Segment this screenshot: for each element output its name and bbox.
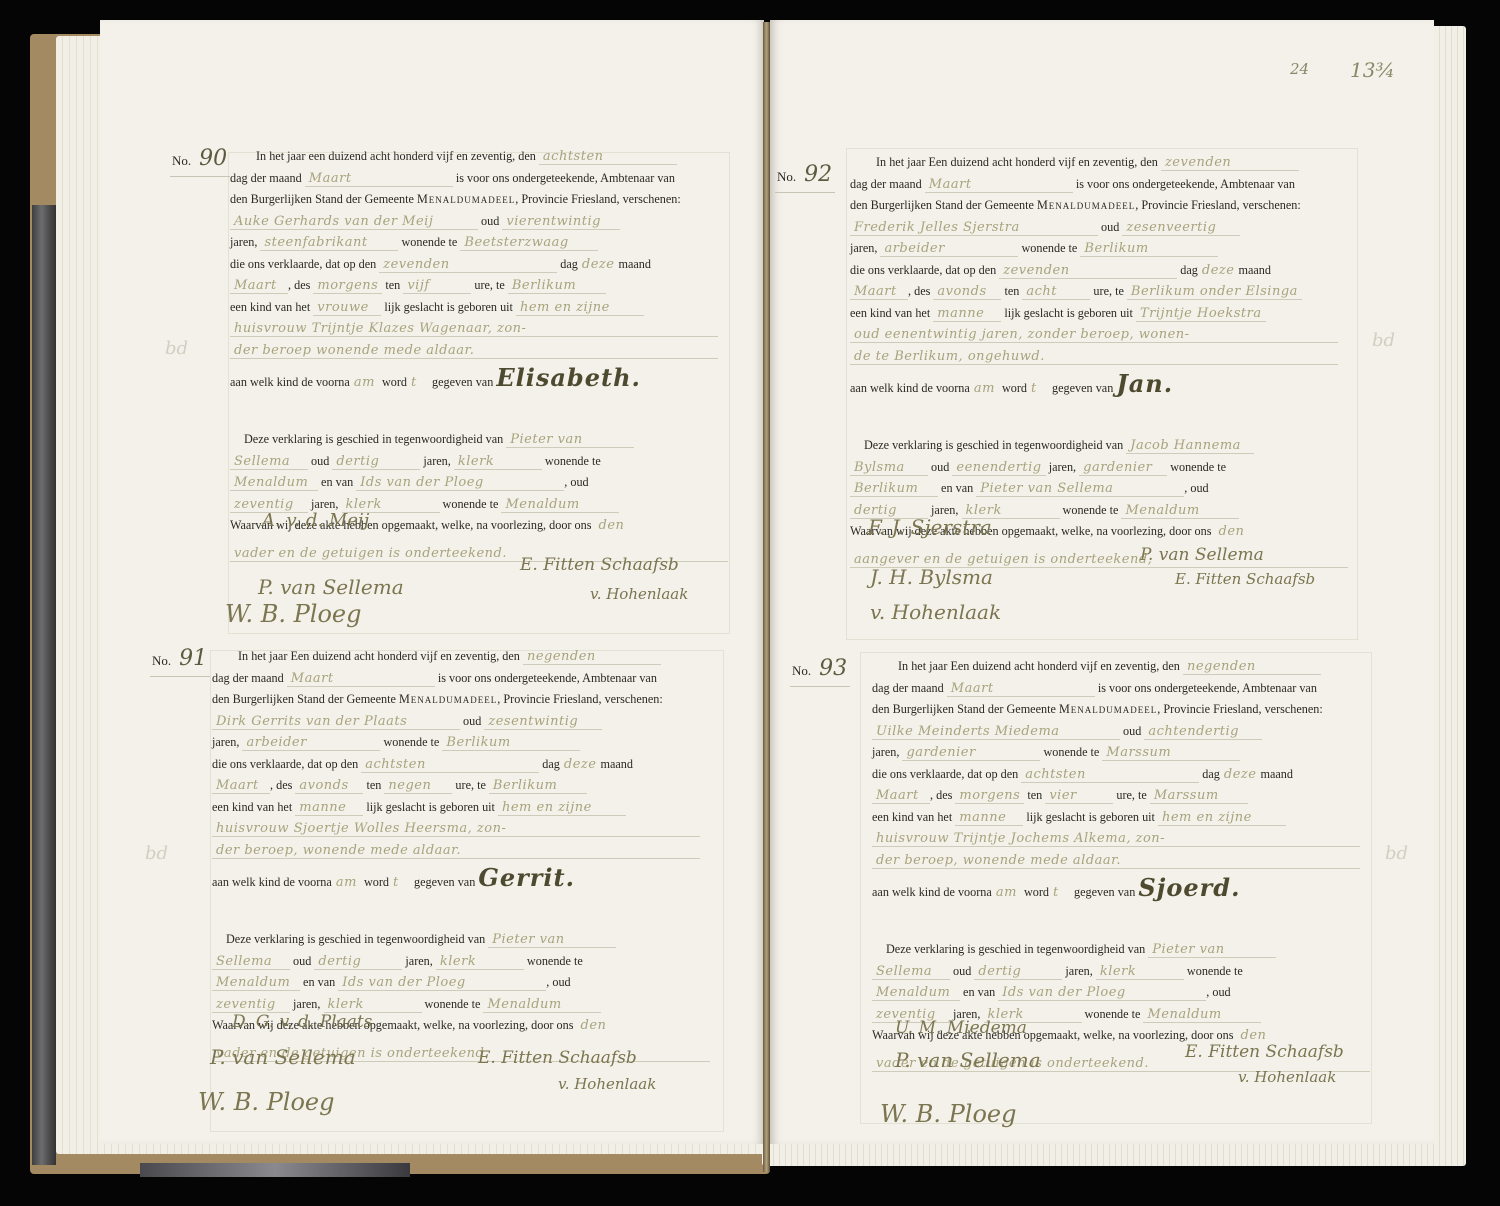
birth-day: achtsten bbox=[361, 758, 539, 773]
record-body: In het jaar Een duizend acht honderd vij… bbox=[212, 646, 772, 1064]
record-number-rule bbox=[170, 176, 230, 177]
birth-hour: acht bbox=[1022, 285, 1090, 300]
record-number-value: 92 bbox=[804, 162, 832, 187]
birth-place: Berlikum onder Elsinga bbox=[1127, 285, 1302, 300]
witness2-name: Pieter van Sellema bbox=[976, 482, 1184, 497]
signature-witness: E. Fitten Schaafsb bbox=[1175, 570, 1315, 588]
signature-witness: E. Fitten Schaafsb bbox=[478, 1048, 637, 1068]
municipality: Menaldumadeel bbox=[1059, 702, 1157, 716]
birth-time-of-day: avonds bbox=[295, 779, 363, 794]
record-month: Maart bbox=[947, 682, 1095, 697]
folio-mark: 13¾ bbox=[1350, 58, 1395, 82]
record-number-value: 93 bbox=[819, 656, 847, 681]
child-given-name: Elisabeth. bbox=[496, 363, 641, 392]
witness1-name: Jacob Hannema bbox=[1126, 439, 1254, 454]
municipality: Menaldumadeel bbox=[399, 692, 497, 706]
parents-line-1: hem en zijne bbox=[1158, 811, 1286, 826]
witness2-residence: Menaldum bbox=[483, 998, 601, 1013]
declarant-age: zesenveertig bbox=[1122, 221, 1240, 236]
parents-line-3: der beroep, wonende mede aldaar. bbox=[872, 854, 1360, 869]
birth-day: achtsten bbox=[1021, 768, 1199, 783]
margin-annotation: bd bbox=[1385, 843, 1408, 864]
witness2-residence: Menaldum bbox=[1121, 504, 1239, 519]
signature-witness: E. Fitten Schaafsb bbox=[520, 555, 679, 575]
witness2-residence: Menaldum bbox=[501, 498, 619, 513]
record-month: Maart bbox=[305, 172, 453, 187]
child-sex: vrouwe bbox=[313, 301, 381, 316]
signature-registrar: v. Hohenlaak bbox=[870, 600, 1001, 624]
birth-day: zevenden bbox=[379, 258, 557, 273]
record-number: No.90 bbox=[172, 146, 227, 171]
signature-witness: P. van Sellema bbox=[210, 1045, 356, 1069]
declarant-name: Dirk Gerrits van der Plaats bbox=[212, 715, 460, 730]
declarant-residence: Marssum bbox=[1102, 746, 1240, 761]
record-month: Maart bbox=[925, 178, 1073, 193]
birth-hour: negen bbox=[384, 779, 452, 794]
declarant-occupation: arbeider bbox=[242, 736, 380, 751]
witness2-name: Ids van der Ploeg bbox=[338, 976, 546, 991]
child-sex: manne bbox=[955, 811, 1023, 826]
declarant-name: Uilke Meinderts Miedema bbox=[872, 725, 1120, 740]
municipality: Menaldumadeel bbox=[1037, 198, 1135, 212]
record-body: In het jaar Een duizend acht honderd vij… bbox=[872, 656, 1432, 1074]
declarant-occupation: gardenier bbox=[902, 746, 1040, 761]
record-number-label: No. bbox=[172, 153, 191, 168]
witness2-name: Ids van der Ploeg bbox=[998, 986, 1206, 1001]
witness1-age: dertig bbox=[974, 965, 1062, 980]
birth-month: Maart bbox=[230, 279, 288, 294]
parents-line-2: oud eenentwintig jaren, zonder beroep, w… bbox=[850, 328, 1338, 343]
declarant-occupation: steenfabrikant bbox=[260, 236, 398, 251]
child-given-name: Sjoerd. bbox=[1138, 873, 1240, 902]
record-number: No.93 bbox=[792, 656, 847, 681]
record-line-date: In het jaar Een duizend acht honderd vij… bbox=[872, 656, 1432, 678]
child-sex: manne bbox=[933, 307, 1001, 322]
parents-line-1: hem en zijne bbox=[498, 801, 626, 816]
record-line-date: In het jaar een duizend acht honderd vij… bbox=[230, 146, 790, 168]
declarant-residence: Berlikum bbox=[442, 736, 580, 751]
margin-annotation: bd bbox=[1372, 330, 1395, 351]
declarant-occupation: arbeider bbox=[880, 242, 1018, 257]
declarant-age: zesentwintig bbox=[484, 715, 602, 730]
witness1-name: Pieter van bbox=[488, 933, 616, 948]
record-number-rule bbox=[790, 686, 850, 687]
child-given-name: Gerrit. bbox=[478, 863, 575, 892]
birth-month: Maart bbox=[212, 779, 270, 794]
witness1-occupation: klerk bbox=[436, 955, 524, 970]
declarant-residence: Berlikum bbox=[1080, 242, 1218, 257]
signature-witness: v. Hohenlaak bbox=[558, 1075, 656, 1093]
witness2-age: zeventig bbox=[212, 998, 290, 1013]
witness1-name: Pieter van bbox=[1148, 943, 1276, 958]
page-number: 24 bbox=[1290, 60, 1309, 78]
parents-line-3: der beroep wonende mede aldaar. bbox=[230, 344, 718, 359]
record-number-label: No. bbox=[777, 169, 796, 184]
birth-month: Maart bbox=[850, 285, 908, 300]
record-number: No.92 bbox=[777, 162, 832, 187]
birth-place: Berlikum bbox=[489, 779, 587, 794]
signature-witness: E. Fitten Schaafsb bbox=[1185, 1042, 1344, 1062]
record-day: zevenden bbox=[1161, 156, 1299, 171]
birth-time-of-day: morgens bbox=[313, 279, 382, 294]
signature-registrar: W. B. Ploeg bbox=[198, 1088, 334, 1116]
parents-line-1: hem en zijne bbox=[516, 301, 644, 316]
parents-line-3: der beroep, wonende mede aldaar. bbox=[212, 844, 700, 859]
birth-day: zevenden bbox=[999, 264, 1177, 279]
witness1-occupation: klerk bbox=[454, 455, 542, 470]
signature-declarant: A. v. d. Meij bbox=[262, 510, 369, 531]
record-day: negenden bbox=[523, 650, 661, 665]
birth-hour: vijf bbox=[403, 279, 471, 294]
signature-witness: P. van Sellema bbox=[258, 575, 404, 599]
margin-annotation: bd bbox=[165, 338, 188, 359]
signature-declarant: D. G. v. d. Plaats bbox=[232, 1012, 372, 1032]
record-month: Maart bbox=[287, 672, 435, 687]
parents-line-3: de te Berlikum, ongehuwd. bbox=[850, 350, 1338, 365]
record-number-rule bbox=[150, 676, 210, 677]
witness1-age: dertig bbox=[314, 955, 402, 970]
declarant-age: vierentwintig bbox=[502, 215, 620, 230]
signature-declarant: U. M. Miedema bbox=[895, 1018, 1027, 1038]
signature-registrar: W. B. Ploeg bbox=[225, 600, 361, 628]
birth-hour: vier bbox=[1045, 789, 1113, 804]
witness1-residence: Menaldum bbox=[872, 986, 960, 1001]
record-number-label: No. bbox=[152, 653, 171, 668]
declarant-name: Frederik Jelles Sjerstra bbox=[850, 221, 1098, 236]
record-number-rule bbox=[775, 192, 835, 193]
witness2-residence: Menaldum bbox=[1143, 1008, 1261, 1023]
record-line-date: In het jaar Een duizend acht honderd vij… bbox=[850, 152, 1410, 174]
witness2-occupation: klerk bbox=[324, 998, 422, 1013]
witness1-residence: Menaldum bbox=[212, 976, 300, 991]
witness2-name: Ids van der Ploeg bbox=[356, 476, 564, 491]
witness1-name: Pieter van bbox=[506, 433, 634, 448]
birth-place: Berlikum bbox=[508, 279, 606, 294]
birth-place: Marssum bbox=[1150, 789, 1248, 804]
parents-line-2: huisvrouw Sjoertje Wolles Heersma, zon- bbox=[212, 822, 700, 837]
signature-witness: J. H. Bylsma bbox=[870, 565, 993, 589]
declarant-name: Auke Gerhards van der Meij bbox=[230, 215, 478, 230]
witness1-residence: Menaldum bbox=[230, 476, 318, 491]
birth-month: Maart bbox=[872, 789, 930, 804]
witness1-age: dertig bbox=[332, 455, 420, 470]
record-day: negenden bbox=[1183, 660, 1321, 675]
margin-annotation: bd bbox=[145, 843, 168, 864]
child-given-name: Jan. bbox=[1116, 369, 1173, 398]
record-number-value: 90 bbox=[199, 146, 227, 171]
signature-registrar: W. B. Ploeg bbox=[880, 1100, 1016, 1128]
record-body: In het jaar Een duizend acht honderd vij… bbox=[850, 152, 1410, 570]
witness1-residence: Berlikum bbox=[850, 482, 938, 497]
child-sex: manne bbox=[295, 801, 363, 816]
signature-declarant: F. J. Sjerstra bbox=[868, 515, 992, 539]
witness1-occupation: gardenier bbox=[1079, 461, 1167, 476]
record-number: No.91 bbox=[152, 646, 207, 671]
parents-line-2: huisvrouw Trijntje Jochems Alkema, zon- bbox=[872, 832, 1360, 847]
record-number-label: No. bbox=[792, 663, 811, 678]
parents-line-1: Trijntje Hoekstra bbox=[1136, 307, 1266, 322]
signature-witness: v. Hohenlaak bbox=[590, 585, 688, 603]
record-body: In het jaar een duizend acht honderd vij… bbox=[230, 146, 790, 564]
witness1-age: eenendertig bbox=[952, 461, 1045, 476]
signature-witness: P. van Sellema bbox=[1140, 545, 1264, 565]
record-day: achtsten bbox=[539, 150, 677, 165]
record-line-date: In het jaar Een duizend acht honderd vij… bbox=[212, 646, 772, 668]
birth-time-of-day: morgens bbox=[955, 789, 1024, 804]
signature-witness: v. Hohenlaak bbox=[1238, 1068, 1336, 1086]
marbled-board bbox=[32, 205, 56, 1165]
birth-time-of-day: avonds bbox=[933, 285, 1001, 300]
declarant-residence: Beetsterzwaag bbox=[460, 236, 598, 251]
municipality: Menaldumadeel bbox=[417, 192, 515, 206]
marbled-board-bottom bbox=[140, 1163, 410, 1177]
signature-witness: P. van Sellema bbox=[895, 1048, 1041, 1072]
record-number-value: 91 bbox=[179, 646, 207, 671]
witness1-occupation: klerk bbox=[1096, 965, 1184, 980]
parents-line-2: huisvrouw Trijntje Klazes Wagenaar, zon- bbox=[230, 322, 718, 337]
declarant-age: achtendertig bbox=[1144, 725, 1262, 740]
